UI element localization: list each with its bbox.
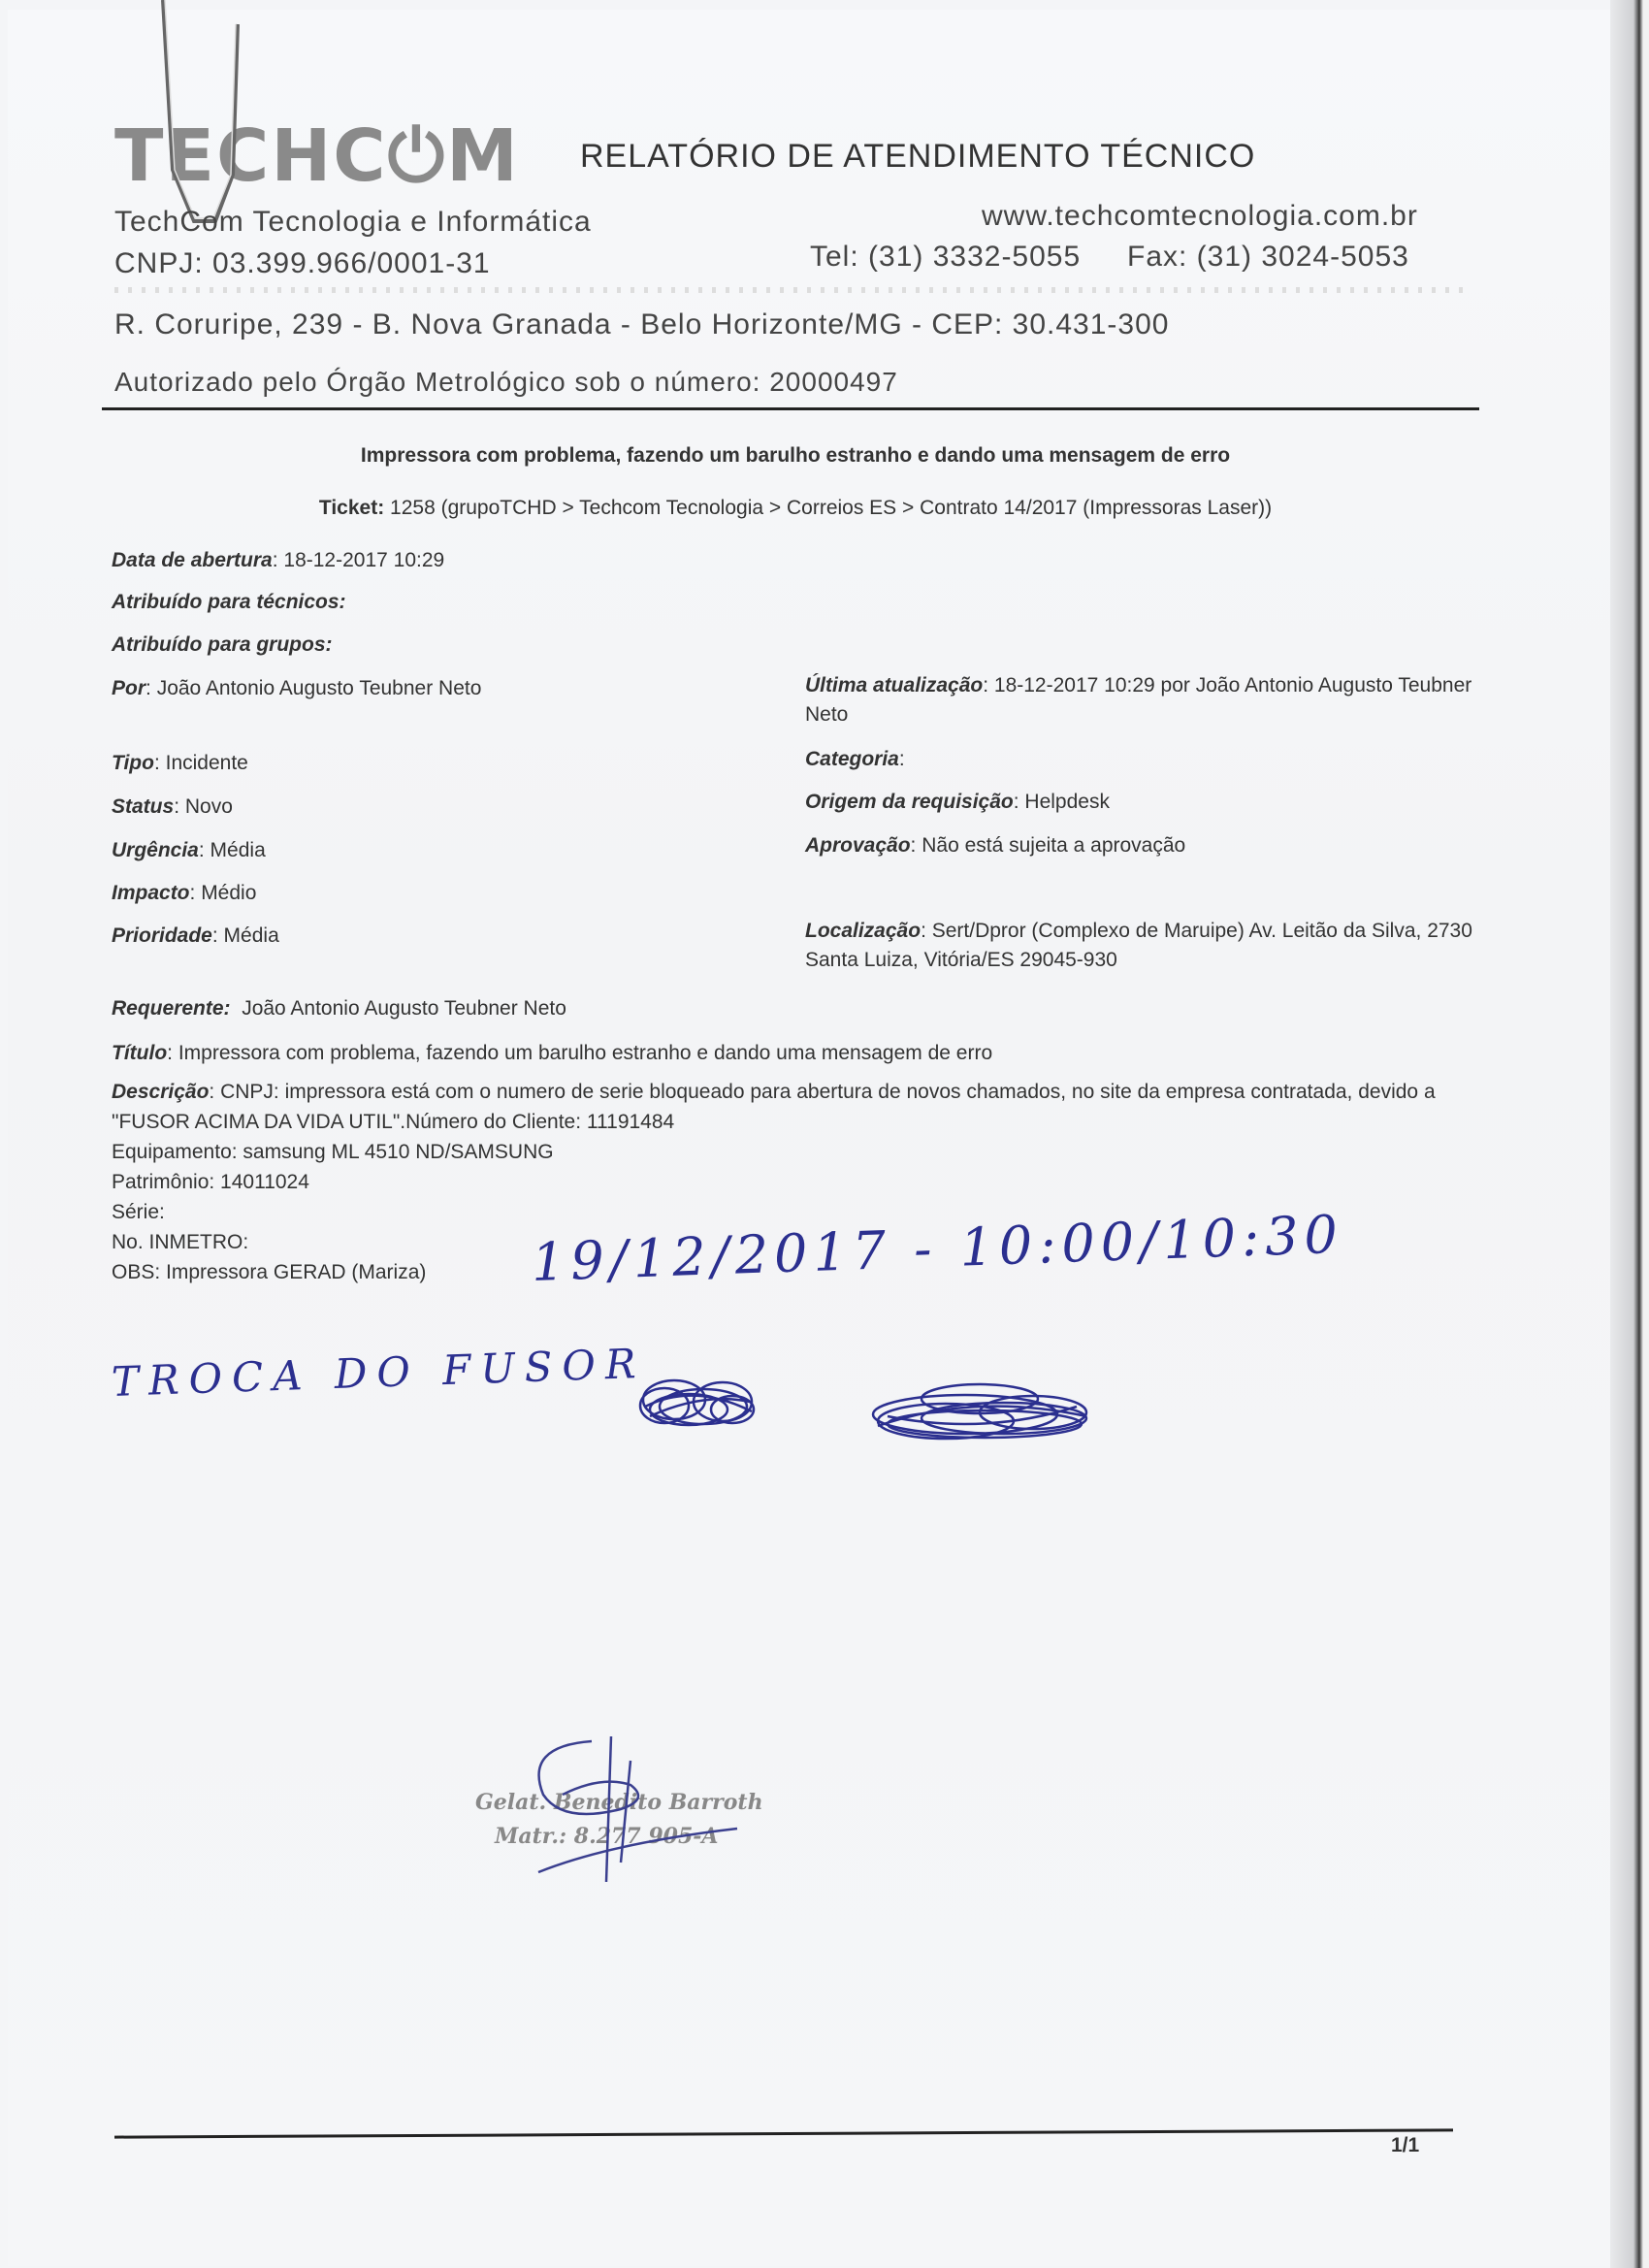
field-row: Prioridade: Média xyxy=(112,922,742,951)
requester-field: Requerente: João Antonio Augusto Teubner… xyxy=(112,994,566,1023)
requester-value: João Antonio Augusto Teubner Neto xyxy=(242,997,566,1020)
field-row: Por: João Antonio Augusto Teubner Neto xyxy=(112,674,742,703)
field-value: Média xyxy=(224,924,279,947)
field-row: Atribuído para grupos: xyxy=(112,631,742,660)
field-row: Status: Novo xyxy=(112,793,742,822)
field-row: Origem da requisição: Helpdesk xyxy=(805,788,1484,817)
field-label: Tipo xyxy=(112,752,154,774)
company-phone: Tel: (31) 3332-5055 xyxy=(810,241,1081,274)
paperclip-icon xyxy=(155,0,242,228)
field-value: Helpdesk xyxy=(1024,791,1110,813)
field-label: Prioridade xyxy=(112,924,212,947)
page-number: 1/1 xyxy=(1391,2134,1419,2157)
authorization-number: Autorizado pelo Órgão Metrológico sob o … xyxy=(114,367,898,398)
field-value: Não está sujeita a aprovação xyxy=(921,834,1185,857)
field-label: Origem da requisição xyxy=(805,791,1014,813)
field-row: Aprovação: Não está sujeita a aprovação xyxy=(805,831,1484,860)
description-label: Descrição xyxy=(112,1081,209,1103)
field-label: Status xyxy=(112,795,174,818)
field-label: Impacto xyxy=(112,882,190,904)
scribble-redaction-1 xyxy=(635,1373,761,1436)
field-label: Data de abertura xyxy=(112,549,273,571)
field-value: Médio xyxy=(201,882,256,904)
page-edge xyxy=(1610,0,1649,2268)
report-title: RELATÓRIO DE ATENDIMENTO TÉCNICO xyxy=(580,138,1255,176)
field-label: Atribuído para técnicos: xyxy=(112,591,346,613)
field-row: Data de abertura: 18-12-2017 10:29 xyxy=(112,546,742,575)
requester-label: Requerente: xyxy=(112,997,231,1020)
company-website: www.techcomtecnologia.com.br xyxy=(982,200,1418,233)
ticket-path: Ticket: 1258 (grupoTCHD > Techcom Tecnol… xyxy=(0,497,1591,520)
titulo-label: Título xyxy=(112,1042,167,1064)
description-line: Descrição: CNPJ: impressora está com o n… xyxy=(112,1077,1440,1137)
company-name: TechCom Tecnologia e Informática xyxy=(114,206,592,239)
field-value: João Antonio Augusto Teubner Neto xyxy=(157,677,482,699)
company-fax: Fax: (31) 3024-5053 xyxy=(1127,241,1409,274)
field-row: Tipo: Incidente xyxy=(112,749,742,778)
header-rule xyxy=(102,407,1479,410)
field-row: Última atualização: 18-12-2017 10:29 por… xyxy=(805,671,1484,729)
ticket-value: 1258 (grupoTCHD > Techcom Tecnologia > C… xyxy=(390,497,1272,519)
field-value: Média xyxy=(210,839,266,861)
field-row: Impacto: Médio xyxy=(112,879,742,908)
scribble-redaction-2 xyxy=(868,1377,1096,1445)
field-row: Urgência: Média xyxy=(112,836,742,865)
field-row: Localização: Sert/Dpror (Complexo de Mar… xyxy=(805,917,1484,975)
titulo-value: Impressora com problema, fazendo um baru… xyxy=(178,1042,992,1064)
description-line: Equipamento: samsung ML 4510 ND/SAMSUNG xyxy=(112,1137,1470,1167)
field-label: Localização xyxy=(805,920,921,942)
field-value: 18-12-2017 10:29 xyxy=(283,549,444,571)
field-label: Atribuído para grupos: xyxy=(112,633,333,656)
titulo-field: Título: Impressora com problema, fazendo… xyxy=(112,1039,992,1068)
dotted-separator xyxy=(114,287,1463,293)
field-label: Por xyxy=(112,677,145,699)
field-row: Atribuído para técnicos: xyxy=(112,588,742,617)
field-value: Novo xyxy=(185,795,233,818)
field-label: Categoria xyxy=(805,748,899,770)
field-label: Urgência xyxy=(112,839,199,861)
company-address: R. Coruripe, 239 - B. Nova Granada - Bel… xyxy=(114,308,1169,341)
field-value: Incidente xyxy=(166,752,248,774)
description-line: Patrimônio: 14011024 xyxy=(112,1167,1470,1197)
ticket-title: Impressora com problema, fazendo um baru… xyxy=(0,444,1591,468)
field-label: Aprovação xyxy=(805,834,911,857)
field-row: Categoria: xyxy=(805,745,1484,774)
signature-mark xyxy=(466,1727,776,1892)
field-label: Última atualização xyxy=(805,674,983,697)
company-cnpj: CNPJ: 03.399.966/0001-31 xyxy=(114,247,491,280)
ticket-label: Ticket: xyxy=(319,497,384,519)
